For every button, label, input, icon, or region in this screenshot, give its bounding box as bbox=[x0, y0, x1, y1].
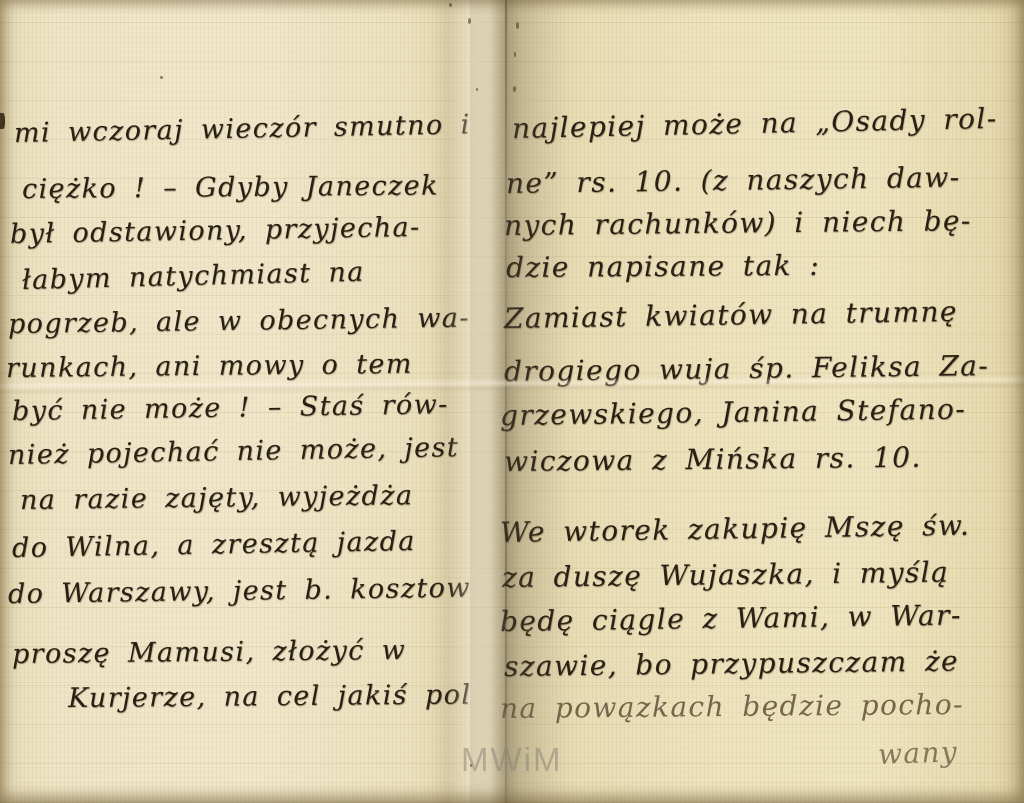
handwritten-line: najlepiej może na „Osady rol- bbox=[512, 105, 998, 143]
handwritten-line: szawie, bo przypuszczam że bbox=[504, 647, 959, 681]
handwritten-line: na powązkach będzie pocho- bbox=[500, 691, 964, 723]
paper-blemish bbox=[516, 22, 519, 29]
letter-page-left: mi wczoraj wieczór smutno i ciężko ! – G… bbox=[0, 0, 470, 803]
handwritten-line: dzie napisane tak : bbox=[506, 252, 820, 282]
paper-blemish bbox=[449, 3, 452, 7]
handwritten-line: nych rachunków) i niech bę- bbox=[504, 207, 972, 240]
handwritten-line: runkach, ani mowy o tem bbox=[6, 351, 413, 382]
handwritten-line: proszę Mamusi, złożyć w bbox=[12, 637, 406, 668]
handwritten-line: wiczowa z Mińska rs. 10. bbox=[504, 444, 922, 476]
paper-blemish bbox=[468, 18, 471, 24]
handwritten-line: Zamiast kwiatów na trumnę bbox=[504, 298, 958, 333]
handwritten-line: drogiego wuja śp. Feliksa Za- bbox=[504, 352, 989, 386]
letter-page-right: najlepiej może na „Osady rol- ne” rs. 10… bbox=[470, 0, 1024, 803]
paper-blemish bbox=[160, 76, 163, 79]
handwritten-line: być nie może ! – Staś rów- bbox=[12, 391, 449, 425]
scan-edge-mark bbox=[0, 113, 5, 129]
handwritten-line: za duszę Wujaszka, i myślą bbox=[502, 559, 949, 592]
handwritten-letter-scan: mi wczoraj wieczór smutno i ciężko ! – G… bbox=[0, 0, 1024, 803]
handwritten-line: do Warszawy, jest b. kosztowną bbox=[8, 574, 507, 608]
paper-blemish bbox=[513, 86, 516, 92]
handwritten-line: będę ciągle z Wami, w War- bbox=[500, 602, 962, 636]
handwritten-line: nież pojechać nie może, jest bbox=[8, 434, 459, 469]
paper-blemish bbox=[514, 52, 516, 57]
handwritten-line: ciężko ! – Gdyby Janeczek bbox=[22, 172, 439, 203]
handwritten-line: wany bbox=[878, 738, 959, 769]
handwritten-line: mi wczoraj wieczór smutno i bbox=[14, 111, 471, 147]
handwritten-line: Kurjerze, na cel jakiś polski bbox=[68, 681, 515, 712]
handwritten-line: pogrzeb, ale w obecnych wa- bbox=[8, 305, 470, 338]
handwritten-line: We wtorek zakupię Mszę św. bbox=[500, 512, 971, 547]
handwritten-line: grzewskiego, Janina Stefano- bbox=[500, 395, 967, 430]
handwritten-line: był odstawiony, przyjecha- bbox=[10, 214, 421, 248]
handwritten-line: na razie zajęty, wyjeżdża bbox=[20, 482, 414, 514]
handwritten-line: ne” rs. 10. (z naszych daw- bbox=[506, 164, 961, 198]
handwritten-line: łabym natychmiast na bbox=[22, 259, 365, 294]
handwritten-line: do Wilna, a zresztą jazda bbox=[12, 528, 416, 562]
watermark: MWiM bbox=[461, 741, 562, 779]
paper-blemish bbox=[476, 88, 478, 91]
